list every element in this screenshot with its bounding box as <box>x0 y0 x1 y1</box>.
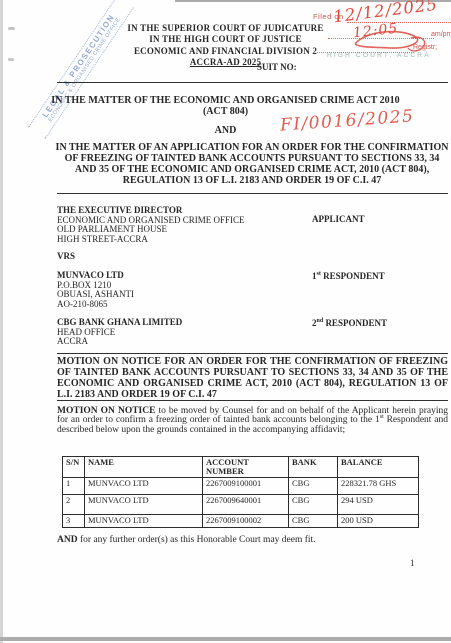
cell-sn: 1 <box>63 478 85 495</box>
cell-account: 2267009100001 <box>203 478 289 495</box>
court-header: IN THE SUPERIOR COURT OF JUDICATURE IN T… <box>0 23 451 68</box>
suit-no-label: SUIT NO: <box>257 62 297 72</box>
court-line-2: IN THE HIGH COURT OF JUSTICE <box>0 34 451 45</box>
versus-label: VRS <box>57 251 75 261</box>
respondent2-addr2: ACCRA <box>57 337 182 347</box>
horizontal-rule <box>57 353 448 354</box>
eoco-legal-prosecution-stamp: LEGAL & PROSECUTION ECONOMIC & ORGANISED… <box>28 0 134 139</box>
motion-body-paragraph: MOTION ON NOTICE to be moved by Counsel … <box>57 407 448 435</box>
role-text: RESPONDENT <box>323 318 387 328</box>
cell-bank: CBG <box>289 515 338 528</box>
cell-bank: CBG <box>289 478 338 495</box>
cell-account: 2267009100002 <box>203 515 289 528</box>
col-name: NAME <box>85 457 203 478</box>
table-header-row: S/N NAME ACCOUNT NUMBER BANK BALANCE <box>63 457 419 478</box>
cell-balance: 200 USD <box>338 515 419 528</box>
court-line-1: IN THE SUPERIOR COURT OF JUDICATURE <box>0 23 451 34</box>
col-balance: BALANCE <box>338 457 419 478</box>
horizontal-rule <box>57 82 448 83</box>
col-account: ACCOUNT NUMBER <box>203 457 289 478</box>
cell-sn: 2 <box>63 495 85 515</box>
table-row: 1 MUNVACO LTD 2267009100001 CBG 228321.7… <box>63 478 419 495</box>
col-sn: S/N <box>63 457 85 478</box>
closing-lead: AND <box>57 535 78 545</box>
cell-account: 2267009640001 <box>203 495 289 515</box>
cell-name: MUNVACO LTD <box>85 495 203 515</box>
closing-text: for any further order(s) as this Honorab… <box>78 535 316 545</box>
scan-edge-bottom <box>0 637 451 641</box>
court-document-page: LEGAL & PROSECUTION ECONOMIC & ORGANISED… <box>0 0 451 643</box>
table-row: 2 MUNVACO LTD 2267009640001 CBG 294 USD <box>63 495 419 515</box>
col-bank: BANK <box>289 457 338 478</box>
respondent2-block: CBG BANK GHANA LIMITED HEAD OFFICE ACCRA <box>57 318 182 347</box>
role-text: RESPONDENT <box>321 271 385 281</box>
court-line-4: ACCRA-AD 2025 <box>0 57 451 68</box>
tainted-accounts-table: S/N NAME ACCOUNT NUMBER BANK BALANCE 1 M… <box>62 456 419 528</box>
applicant-addr3: HIGH STREET-ACCRA <box>57 235 245 245</box>
cell-bank: CBG <box>289 495 338 515</box>
motion-title: MOTION ON NOTICE FOR AN ORDER FOR THE CO… <box>57 356 448 400</box>
horizontal-rule <box>57 400 448 401</box>
applicant-role-label: APPLICANT <box>312 214 365 224</box>
court-line-3: ECONOMIC AND FINANCIAL DIVISION 2 <box>0 46 451 57</box>
matter-second: IN THE MATTER OF AN APPLICATION FOR AN O… <box>55 142 449 186</box>
cell-sn: 3 <box>63 515 85 528</box>
respondent1-block: MUNVACO LTD P.O.BOX 1210 OBUASI, ASHANTI… <box>57 271 134 310</box>
cell-balance: 294 USD <box>338 495 419 515</box>
applicant-block: THE EXECUTIVE DIRECTOR ECONOMIC AND ORGA… <box>57 206 245 245</box>
table-row: 3 MUNVACO LTD 2267009100002 CBG 200 USD <box>63 515 419 528</box>
cell-name: MUNVACO LTD <box>85 478 203 495</box>
horizontal-rule <box>57 193 448 194</box>
cell-balance: 228321.78 GHS <box>338 478 419 495</box>
respondent1-role-label: 1st RESPONDENT <box>312 271 385 281</box>
respondent2-role-label: 2nd RESPONDENT <box>312 318 387 328</box>
respondent1-addr3: AO-210-8065 <box>57 300 134 310</box>
cell-name: MUNVACO LTD <box>85 515 203 528</box>
page-number: 1 <box>410 558 415 568</box>
closing-paragraph: AND for any further order(s) as this Hon… <box>57 535 448 545</box>
matter-first-line1: IN THE MATTER OF THE ECONOMIC AND ORGANI… <box>0 95 451 106</box>
